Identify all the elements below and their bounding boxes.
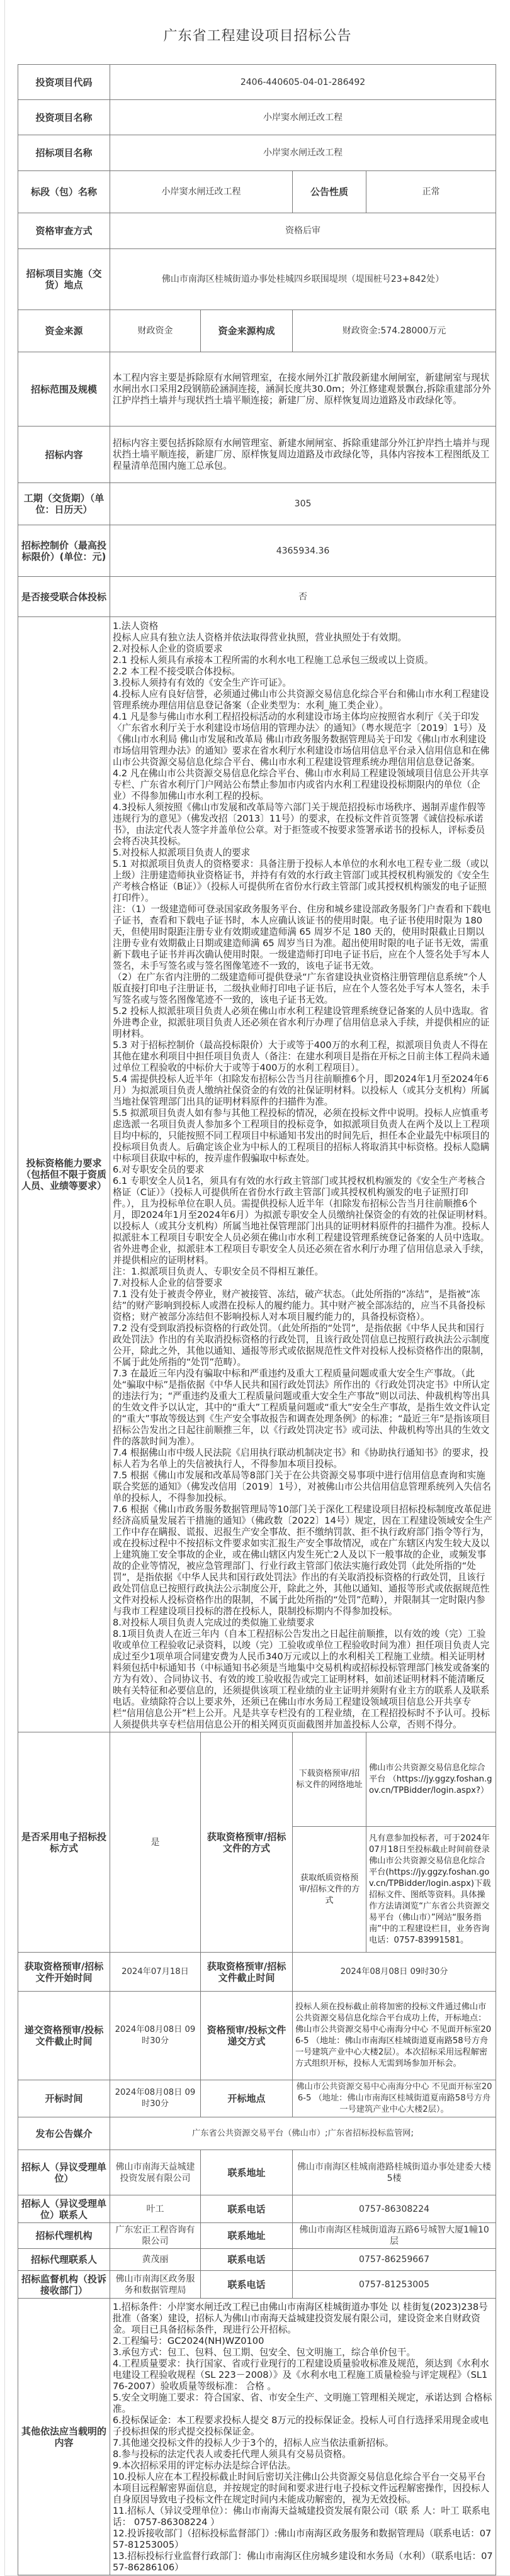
row-qualification-method: 资格审查方式 资格后审 xyxy=(18,213,496,249)
agency-phone-value: 0757-86259667 xyxy=(293,2249,496,2271)
project-name-label: 投资项目名称 xyxy=(18,100,110,135)
submission-deadline-value: 2024年08月08日 09时30分 xyxy=(110,1992,201,2080)
media-value: 广东省公共资源交易平台（佛山市）;广东省招标投标监管网; xyxy=(110,2117,496,2150)
qualification-method-value: 资格后审 xyxy=(110,213,496,249)
other-line: 9.本次招标采用的评定标办法是综合评估法。 xyxy=(113,2460,493,2472)
scope-value: 本工程内容主要是拆除原有水闸管理室，在接水闸外江扩散段新建水闸闸室，新建闸室与现… xyxy=(110,352,496,427)
agency-label: 招标代理机构 xyxy=(18,2223,110,2249)
paper-method-value: 凡有意参加投标者，可于2024年07月18日至投标截止时间前登录佛山市公共资源交… xyxy=(366,1827,496,1953)
other-line: 10.投标人应在本工程投标截止时间后密切关注佛山公共资源交易信息化综合平台一交易… xyxy=(113,2472,493,2506)
other-body: 1.招标条件：小岸窦水闸迁改工程已由佛山市南海区桂城街道办事处 以 桂街复(20… xyxy=(110,2299,496,2575)
tender-name-label: 招标项目名称 xyxy=(18,135,110,171)
req-line: 5.4 需提供投标人近半年（扣除发布招标公告当月往前顺推6个月，即2024年1月… xyxy=(113,1074,493,1108)
row-section-name: 标段（包）名称 小岸窦水闸迁改工程 公告性质 正常 xyxy=(18,171,496,213)
row-opening: 开标时间 2024年08月08日 09时30分 开标地点 佛山市公共资源交易中心… xyxy=(18,2080,496,2117)
req-line: 7.6 根据《佛山市政务服务数据管理局等10部门关于深化工程建设项目招标投标制度… xyxy=(113,1504,493,1617)
row-duration: 工期（交货期）（单位：日历天） 305 xyxy=(18,483,496,525)
tenderer-phone-label: 联系电话 xyxy=(201,2195,293,2223)
other-line: 12.投诉接收部门（招标投标监督部门）:佛山市南海区政务服务和数据管理局（联系电… xyxy=(113,2528,493,2551)
req-line: 4.2 凡在佛山市公共资源交易信息化综合平台、佛山市水利局工程建设领域项目信息公… xyxy=(113,768,493,802)
location-label: 招标项目实施（交货）地点 xyxy=(18,249,110,310)
supervisor-label: 招标监督机构（投诉接收部门） xyxy=(18,2271,110,2299)
req-line: 投标人应具有独立法人资格并依法取得营业执照，营业执照处于有效期。 xyxy=(113,632,493,644)
fund-source-label: 资金来源 xyxy=(18,310,110,352)
consortium-value: 否 xyxy=(110,577,496,617)
agency-phone-label: 联系电话 xyxy=(201,2249,293,2271)
tenderer-label: 招标人（异议受理单位） xyxy=(18,2150,110,2195)
req-line: 1.法人资格 xyxy=(113,621,493,632)
req-line: 2.2 本工程不接受联合体投标。 xyxy=(113,666,493,677)
download-address-value[interactable]: 佛山市公共资源交易信息化综合平台 （https://jy.ggzy.foshan… xyxy=(366,1732,496,1827)
opening-time-label: 开标时间 xyxy=(18,2080,110,2117)
doc-start-value: 2024年07月18日 xyxy=(110,1953,201,1992)
page-title: 广东省工程建设项目招标公告 xyxy=(5,0,510,64)
row-requirements: 投标资格能力要求（包括但不限于资质人员、业绩等要求） 1.法人资格 投标人应具有… xyxy=(18,617,496,1732)
other-line: 2.工程编号：GC2024(NH)WZ0100 xyxy=(113,2336,493,2347)
tenderer-address-label: 联系地址 xyxy=(201,2150,293,2195)
location-value: 佛山市南海区桂城街道办事处桂城四乡联围堤坝（堤围桩号23+842处） xyxy=(110,249,496,310)
submission-method-value: 投标人须在投标截止前将加密的投标文件通过佛山市公共资源交易信息化综合平台成功上传… xyxy=(293,1992,496,2080)
section-name-label: 标段（包）名称 xyxy=(18,171,110,213)
req-line: 3.投标人须持有有效的《安全生产许可证》。 xyxy=(113,677,493,689)
notice-page: 广东省工程建设项目招标公告 投资项目代码 2406-440605-04-01-2… xyxy=(4,0,510,2576)
tenderer-address-value: 佛山市南海区桂城南港路桂城街道办事处建委大楼5楼 xyxy=(293,2150,496,2195)
req-line: 6.对专职安全员的要求 xyxy=(113,1164,493,1176)
qualification-method-label: 资格审查方式 xyxy=(18,213,110,249)
req-line: 7.2 没有受到取消投标资格的行政处罚。（此处所指的“处罚”，是指依据《中华人民… xyxy=(113,1323,493,1368)
req-line: 4.1 凡是参与佛山市水利工程招投标活动的水利建设市场主体均应按照省水利厅《关于… xyxy=(113,711,493,768)
media-label: 发布公告媒介 xyxy=(18,2117,110,2150)
req-line: 4.投标人应有良好信誉，必须通过佛山市公共资源交易信息化综合平台和佛山市水利工程… xyxy=(113,689,493,711)
requirements-label: 投标资格能力要求（包括但不限于资质人员、业绩等要求） xyxy=(18,617,110,1732)
agency-contact-value: 黄茂丽 xyxy=(110,2249,201,2271)
content-label: 招标内容 xyxy=(18,427,110,483)
other-line: 3.承包方式：包工、包料、包工期、包安全、包文明施工，综合单价包干。 xyxy=(113,2347,493,2358)
tenderer-contact-label: 招标人（异议受理单位）联系人 xyxy=(18,2195,110,2223)
duration-label: 工期（交货期）（单位：日历天） xyxy=(18,483,110,525)
agency-contact-label: 招标代理联系人 xyxy=(18,2249,110,2271)
req-line: 5.1 对拟派项目负责人的资格要求：具备注册于投标人本单位的水利水电工程专业二级… xyxy=(113,859,493,904)
doc-end-label: 获取资格预审/招标文件截止时间 xyxy=(201,1953,293,1992)
doc-end-value: 2024年08月08日 09时30分 xyxy=(293,1953,496,1992)
req-line: 4.3投标人须按照《佛山市发展和改革局等六部门关于规范招投标市场秩序、遏制弄虚作… xyxy=(113,802,493,847)
row-consortium: 是否接受联合体投标 否 xyxy=(18,577,496,617)
supervisor-phone-value: 0757-81253005 xyxy=(293,2271,496,2299)
row-project-name: 投资项目名称 小岸窦水闸迁改工程 xyxy=(18,100,496,135)
supervisor-value: 佛山市南海区政务服务和数据管理局 xyxy=(110,2271,201,2299)
opening-time-value: 2024年08月08日 09时30分 xyxy=(110,2080,201,2117)
req-line: 5.5 拟派项目负责人如有参与其他工程投标的情况，必须在投标文件中说明。投标人应… xyxy=(113,1108,493,1164)
project-code-value: 2406-440605-04-01-286492 xyxy=(110,65,496,100)
other-line: 13.招标投标行业监督行政部门：佛山市南海区住房城乡建设和水务局（水利）（联系电… xyxy=(113,2551,493,2573)
other-line: 7.其他递交投标文件的投标人少于3个的，招标人应当依法重新招标。 xyxy=(113,2438,493,2449)
row-max-price: 招标控制价（最高投标限价）(单位：元) 4365934.36 xyxy=(18,525,496,577)
submission-method-label: 资格预审/投标文件递交方式 xyxy=(201,1992,293,2080)
max-price-label: 招标控制价（最高投标限价）(单位：元) xyxy=(18,525,110,577)
other-line: 8.参与投标的法定代表人或委托代理人须具有交易员资格。 xyxy=(113,2449,493,2460)
submission-deadline-label: 递交资格预审/投标文件截止时间 xyxy=(18,1992,110,2080)
opening-place-label: 开标地点 xyxy=(201,2080,293,2117)
notice-nature-label: 公告性质 xyxy=(293,171,366,213)
row-scope: 招标范围及规模 本工程内容主要是拆除原有水闸管理室，在接水闸外江扩散段新建水闸闸… xyxy=(18,352,496,427)
row-agency: 招标代理机构 广东宏正工程咨询有限公司 联系地址 佛山市南海区桂城街道海五路6号… xyxy=(18,2223,496,2249)
section-name-value: 小岸窦水闸迁改工程 xyxy=(110,171,293,213)
electronic-value: 是 xyxy=(110,1732,201,1953)
other-line: 5.安全文明施工要求：符合国家、省、市安全生产、文明施工管理相关规定，承诺达到 … xyxy=(113,2392,493,2415)
opening-place-value: 佛山市公共资源交易中心南海分中心 不见面开标室206-5 （地址：佛山市南海区桂… xyxy=(293,2080,496,2117)
notice-nature-value: 正常 xyxy=(366,171,496,213)
other-line: 4.工程质量要求：执行国家、省或行业现行的工程建设质量验收标准及规范，须达到《水… xyxy=(113,2358,493,2392)
req-line: 注：1.拟派项目负责人、专职安全员不得相互兼任。 xyxy=(113,1266,493,1278)
tender-notice-table: 投资项目代码 2406-440605-04-01-286492 投资项目名称 小… xyxy=(18,64,496,2575)
electronic-label: 是否采用电子招标投标方式 xyxy=(18,1732,110,1953)
row-content: 招标内容 招标内容主要包括拆除原有水闸管理室、新建水闸闸室、拆除重建部分外江护岸… xyxy=(18,427,496,483)
row-media: 发布公告媒介 广东省公共资源交易平台（佛山市）;广东省招标投标监管网; xyxy=(18,2117,496,2150)
row-tenderer-contact: 招标人（异议受理单位）联系人 叶工 联系电话 0757-86308224 xyxy=(18,2195,496,2223)
fund-composition-value: 财政资金:574.28000万元 xyxy=(293,310,496,352)
row-tenderer: 招标人（异议受理单位） 佛山市南海天益城建投资发展有限公司 联系地址 佛山市南海… xyxy=(18,2150,496,2195)
agency-value: 广东宏正工程咨询有限公司 xyxy=(110,2223,201,2249)
row-tender-name: 招标项目名称 小岸窦水闸迁改工程 xyxy=(18,135,496,171)
row-project-code: 投资项目代码 2406-440605-04-01-286492 xyxy=(18,65,496,100)
content-value: 招标内容主要包括拆除原有水闸管理室、新建水闸闸室、拆除重建部分外江护岸挡土墙并与… xyxy=(110,427,496,483)
req-line: 7.3 在最近三年内没有骗取中标和严重违约及重大工程质量问题或重大安全生产事故。… xyxy=(113,1368,493,1447)
req-line: 5.对投标人拟派项目负责人的要求 xyxy=(113,847,493,859)
scope-label: 招标范围及规模 xyxy=(18,352,110,427)
other-line: 1.招标条件：小岸窦水闸迁改工程已由佛山市南海区桂城街道办事处 以 桂街复(20… xyxy=(113,2302,493,2336)
req-line: 注：（1）一级建造师可登录国家政务服务平台、住房和城乡建设部政务服务门户查看和下… xyxy=(113,904,493,972)
row-other: 其他依法应当载明的内容 1.招标条件：小岸窦水闸迁改工程已由佛山市南海区桂城街道… xyxy=(18,2299,496,2575)
max-price-value: 4365934.36 xyxy=(110,525,496,577)
project-name-value: 小岸窦水闸迁改工程 xyxy=(110,100,496,135)
agency-address-value: 佛山市南海区桂城街道海五路6号城智大厦1幢10层 xyxy=(293,2223,496,2249)
req-line: 7.4 根据佛山市中级人民法院《启用执行联动机制决定书》和《协助执行通知书》的要… xyxy=(113,1447,493,1470)
consortium-label: 是否接受联合体投标 xyxy=(18,577,110,617)
duration-value: 305 xyxy=(110,483,496,525)
req-line: 7.对投标人企业的信誉要求 xyxy=(113,1278,493,1289)
req-line: 6.1 专职安全人员1名，须具有有效的水行政主管部门或其授权机构颁发的《安全生产… xyxy=(113,1176,493,1266)
tenderer-value: 佛山市南海天益城建投资发展有限公司 xyxy=(110,2150,201,2195)
req-line: （2）在广东省内注册的二级建造师可提供登录“广东省建设执业资格注册管理信息系统”… xyxy=(113,972,493,1006)
row-fund-source: 资金来源 财政资金 资金来源构成 财政资金:574.28000万元 xyxy=(18,310,496,352)
fund-composition-label: 资金来源构成 xyxy=(201,310,293,352)
row-submission: 递交资格预审/投标文件截止时间 2024年08月08日 09时30分 资格预审/… xyxy=(18,1992,496,2080)
download-address-label: 下载资格预审/招标文件的网络地址 xyxy=(293,1732,366,1827)
project-code-label: 投资项目代码 xyxy=(18,65,110,100)
req-line: 7.1 没有处于被责令停业，财产被接管、冻结，破产状态。（此处所指的“冻结”，是… xyxy=(113,1289,493,1323)
doc-start-label: 获取资格预审/招标文件开始时间 xyxy=(18,1953,110,1992)
doc-method-label: 获取资格预审/招标文件的方式 xyxy=(201,1732,293,1953)
other-line: 6.投标保证金：本工程要求投标人提交 8万元的投标保证金。投标人可自行选择采用现… xyxy=(113,2415,493,2438)
supervisor-phone-label: 联系电话 xyxy=(201,2271,293,2299)
other-line: 11.招标人（异议受理单位）：佛山市南海天益城建投资发展有限公司（联 系 人：叶… xyxy=(113,2506,493,2528)
req-line: 7.5 根据《佛山市发展和改革局等8部门关于在公共资源交易事项中进行信用信息查询… xyxy=(113,1470,493,1504)
row-doc-time: 获取资格预审/招标文件开始时间 2024年07月18日 获取资格预审/招标文件截… xyxy=(18,1953,496,1992)
tenderer-contact-value: 叶工 xyxy=(110,2195,201,2223)
fund-source-value: 财政资金 xyxy=(110,310,201,352)
req-line: 2.对投标人企业的资质要求 xyxy=(113,644,493,655)
row-agency-contact: 招标代理联系人 黄茂丽 联系电话 0757-86259667 xyxy=(18,2249,496,2271)
agency-address-label: 联系地址 xyxy=(201,2223,293,2249)
req-line: 5.2 投标人拟派驻项目负责人必须在佛山市水利工程建设管理系统登记备案的人员中选… xyxy=(113,1006,493,1040)
req-line: 8.1项目负责人在近三年内（自本工程招标公告发出之日起往前顺推，以有效的竣（完）… xyxy=(113,1629,493,1731)
row-supervisor: 招标监督机构（投诉接收部门） 佛山市南海区政务服务和数据管理局 联系电话 075… xyxy=(18,2271,496,2299)
requirements-body: 1.法人资格 投标人应具有独立法人资格并依法取得营业执照，营业执照处于有效期。 … xyxy=(110,617,496,1732)
paper-method-label: 获取纸质资格预审/招标文件的方式 xyxy=(293,1827,366,1953)
tenderer-phone-value: 0757-86308224 xyxy=(293,2195,496,2223)
row-location: 招标项目实施（交货）地点 佛山市南海区桂城街道办事处桂城四乡联围堤坝（堤围桩号2… xyxy=(18,249,496,310)
row-download-address: 是否采用电子招标投标方式 是 获取资格预审/招标文件的方式 下载资格预审/招标文… xyxy=(18,1732,496,1827)
req-line: 5.3 对于招标控制价（最高投标限价）大于或等于400万的水利工程，拟派项目负责… xyxy=(113,1040,493,1074)
req-line: 8.对投标人项目负责人完成过的类似施工业绩要求 xyxy=(113,1617,493,1629)
other-label: 其他依法应当载明的内容 xyxy=(18,2299,110,2575)
tender-name-value: 小岸窦水闸迁改工程 xyxy=(110,135,496,171)
req-line: 2.1 投标人须具有承接本工程所需的水利水电工程施工总承包三级或以上资质。 xyxy=(113,655,493,666)
